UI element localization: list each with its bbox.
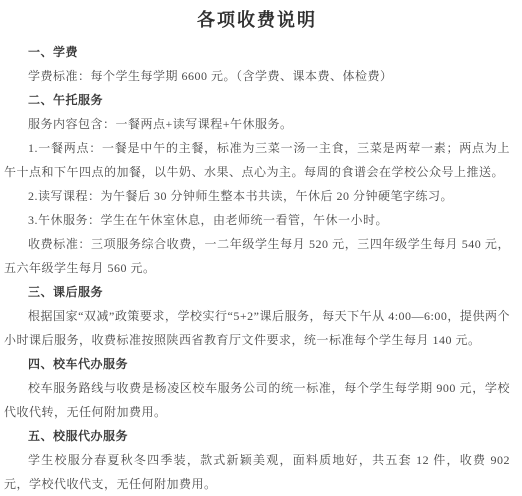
document-page: 各项收费说明 一、学费学费标准：每个学生每学期 6600 元。（含学费、课本费、… [0, 0, 522, 496]
paragraph: 校车服务路线与收费是杨凌区校车服务公司的统一标准，每个学生每学期 900 元，学… [4, 376, 510, 424]
paragraph: 根据国家“双减”政策要求，学校实行“5+2”课后服务，每天下午从 4:00—6:… [4, 304, 510, 352]
document-title: 各项收费说明 [4, 8, 510, 32]
document-sections: 一、学费学费标准：每个学生每学期 6600 元。（含学费、课本费、体检费）二、午… [4, 40, 510, 496]
paragraph: 3.午休服务：学生在午休室休息，由老师统一看管，午休一小时。 [4, 208, 510, 232]
paragraph: 1.一餐两点：一餐是中午的主餐，标准为三菜一汤一主食，三菜是两荤一素；两点为上午… [4, 136, 510, 184]
section-heading: 五、校服代办服务 [4, 424, 510, 448]
section-heading: 二、午托服务 [4, 88, 510, 112]
section-heading: 三、课后服务 [4, 280, 510, 304]
paragraph: 学生校服分春夏秋冬四季装，款式新颖美观，面料质地好，共五套 12 件，收费 90… [4, 448, 510, 496]
paragraph: 收费标准：三项服务综合收费，一二年级学生每月 520 元，三四年级学生每月 54… [4, 232, 510, 280]
section-heading: 四、校车代办服务 [4, 352, 510, 376]
paragraph: 服务内容包含：一餐两点+读写课程+午休服务。 [4, 112, 510, 136]
paragraph: 学费标准：每个学生每学期 6600 元。（含学费、课本费、体检费） [4, 64, 510, 88]
paragraph: 2.读写课程：为午餐后 30 分钟师生整本书共读，午休后 20 分钟硬笔字练习。 [4, 184, 510, 208]
section-heading: 一、学费 [4, 40, 510, 64]
